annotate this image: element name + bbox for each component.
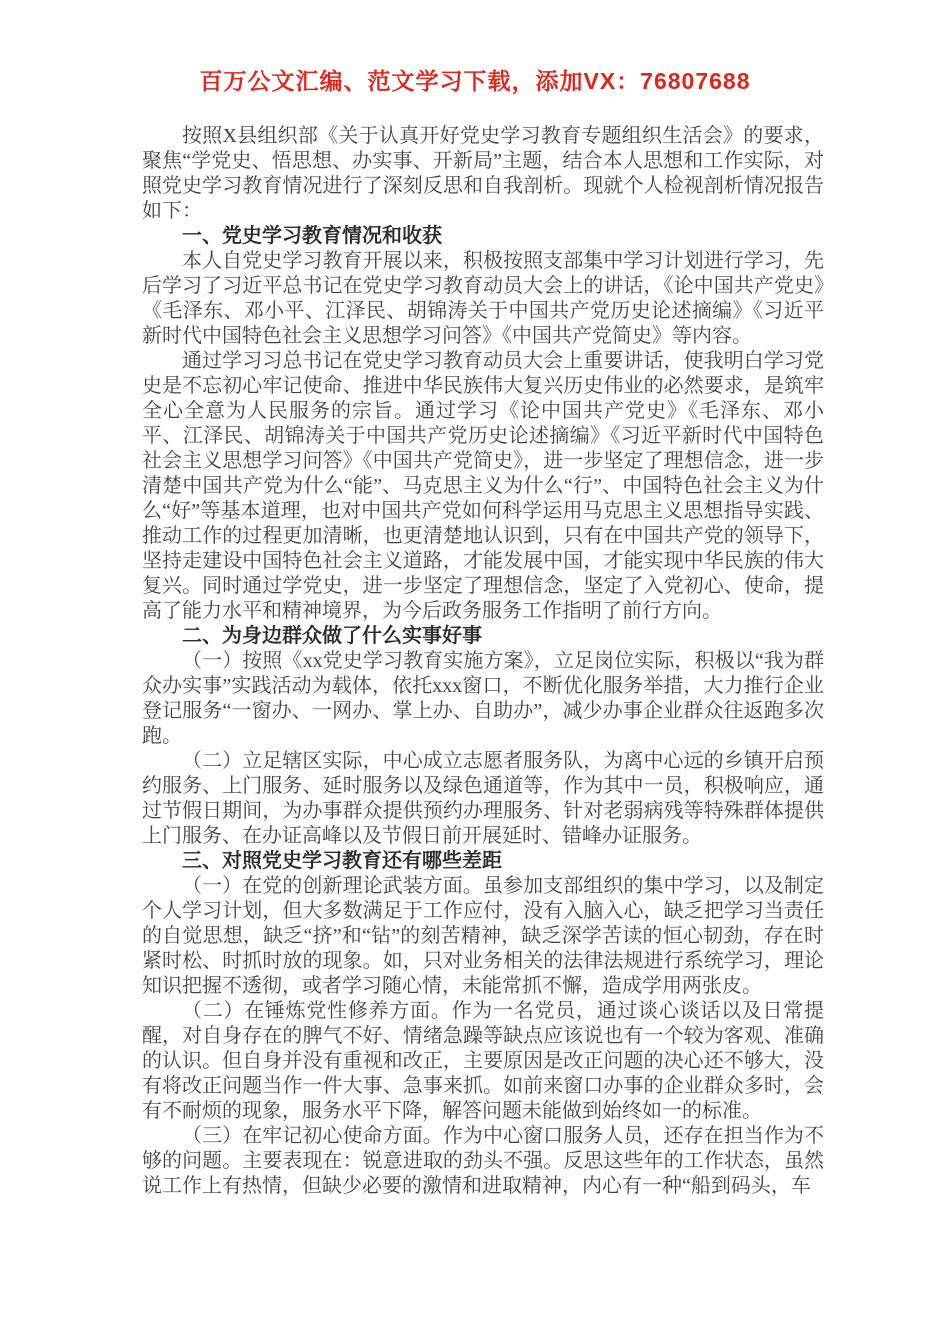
paragraph-gap-3: （三）在牢记初心使命方面。作为中心窗口服务人员，还存在担当作为不够的问题。主要表… (142, 1124, 824, 1199)
section-heading-1: 一、党史学习教育情况和收获 (142, 224, 824, 249)
section-heading-3: 三、对照党史学习教育还有哪些差距 (142, 849, 824, 874)
document-page: 百万公文汇编、范文学习下载，添加VX：76807688 按照X县组织部《关于认真… (0, 0, 950, 1344)
paragraph-gap-1: （一）在党的创新理论武装方面。虽参加支部组织的集中学习，以及制定个人学习计划，但… (142, 874, 824, 999)
promo-banner: 百万公文汇编、范文学习下载，添加VX：76807688 (0, 66, 950, 96)
paragraph-study-overview: 本人自党史学习教育开展以来，积极按照支部集中学习计划进行学习，先后学习了习近平总… (142, 249, 824, 349)
paragraph-gap-2: （二）在锤炼党性修养方面。作为一名党员，通过谈心谈话以及日常提醒，对自身存在的脾… (142, 999, 824, 1124)
paragraph-deeds-2: （二）立足辖区实际，中心成立志愿者服务队，为离中心远的乡镇开启预约服务、上门服务… (142, 749, 824, 849)
section-heading-2: 二、为身边群众做了什么实事好事 (142, 624, 824, 649)
paragraph-study-gains: 通过学习习总书记在党史学习教育动员大会上重要讲话，使我明白学习党史是不忘初心牢记… (142, 349, 824, 624)
paragraph-intro: 按照X县组织部《关于认真开好党史学习教育专题组织生活会》的要求，聚焦“学党史、悟… (142, 124, 824, 224)
document-body: 按照X县组织部《关于认真开好党史学习教育专题组织生活会》的要求，聚焦“学党史、悟… (142, 124, 824, 1199)
paragraph-deeds-1: （一）按照《xx党史学习教育实施方案》，立足岗位实际，积极以“我为群众办实事”实… (142, 649, 824, 749)
